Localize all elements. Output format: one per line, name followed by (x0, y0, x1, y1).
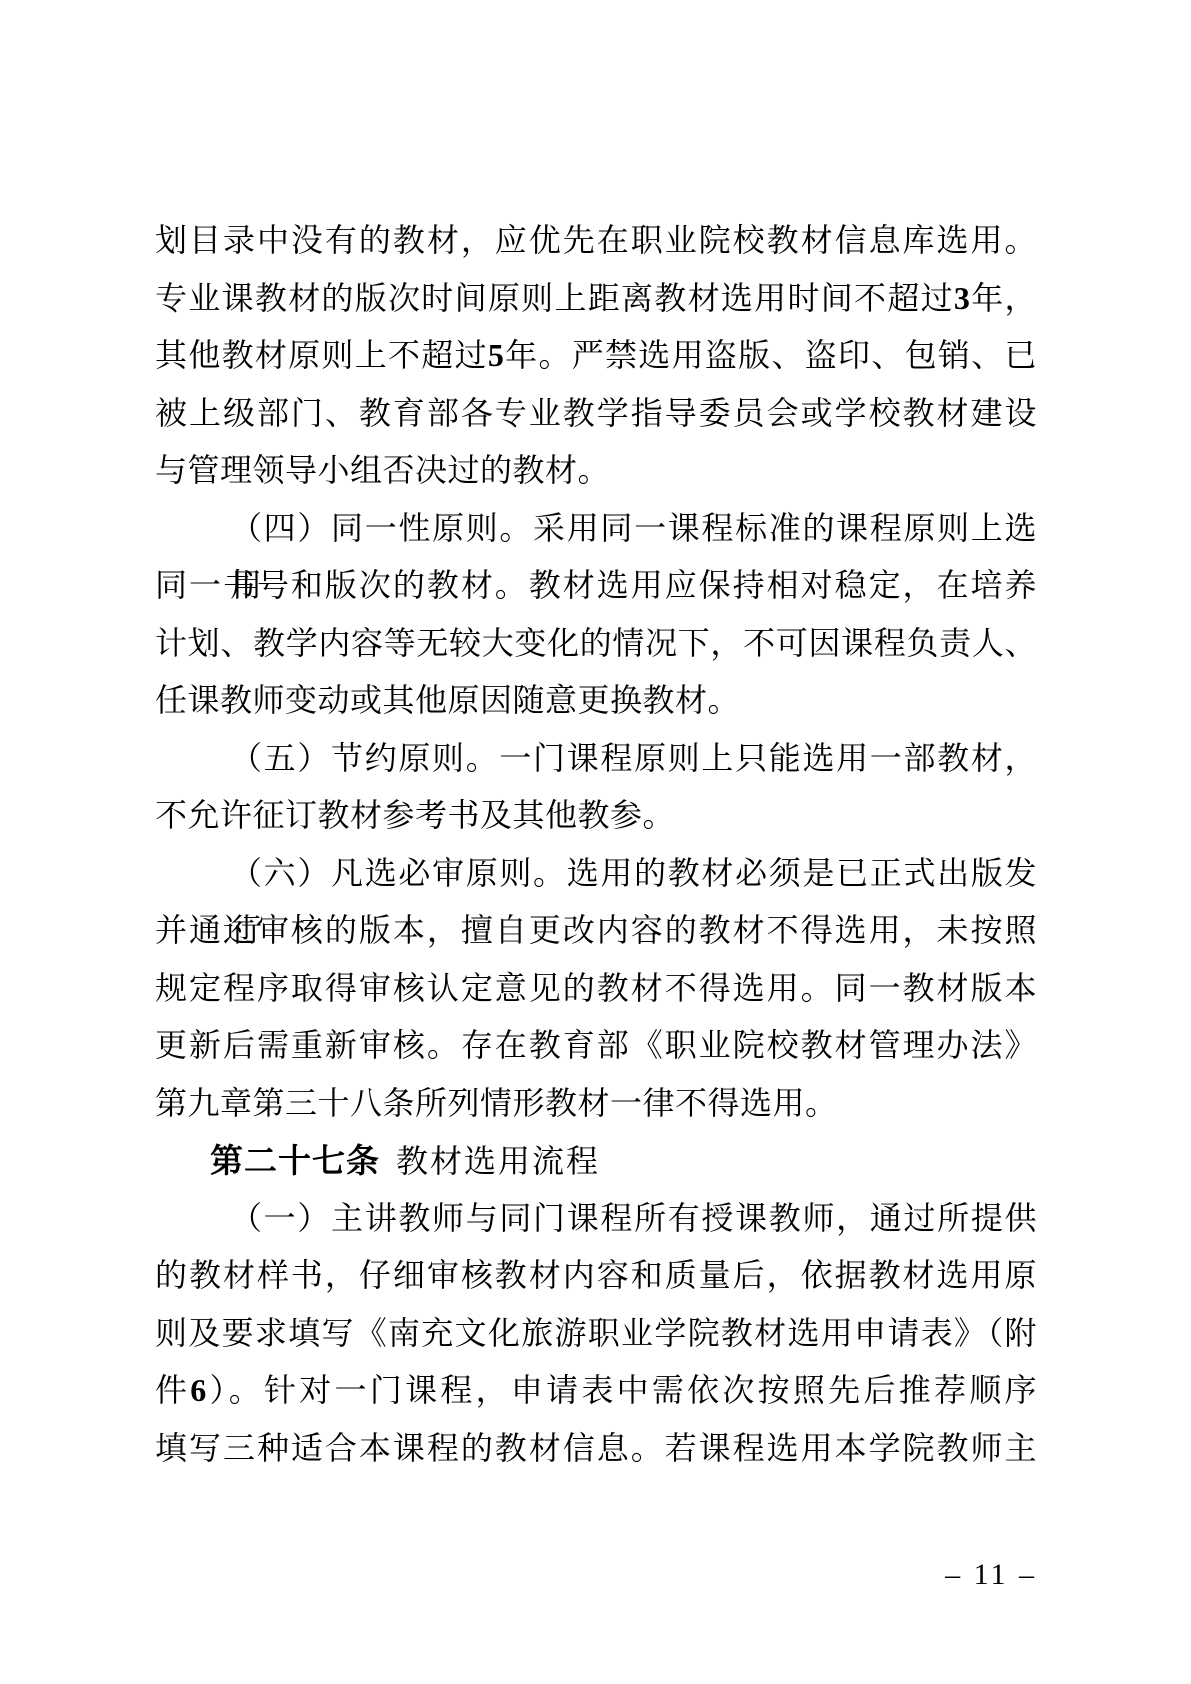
text-segment: 件 (155, 1372, 190, 1408)
text-line: 计划、教学内容等无较大变化的情况下，不可因课程负责人、 (155, 615, 1037, 673)
text-line: 其他教材原则上不超过5年。严禁选用盗版、盗印、包销、已 (155, 327, 1037, 385)
paragraph-end-line: 与管理领导小组否决过的教材。 (155, 442, 1037, 500)
text-line: 专业课教材的版次时间原则上距离教材选用时间不超过3年， (155, 270, 1037, 328)
text-line: 更新后需重新审核。存在教育部《职业院校教材管理办法》 (155, 1017, 1037, 1075)
text-line: 件6）。针对一门课程，申请表中需依次按照先后推荐顺序 (155, 1362, 1037, 1420)
text-segment: 年， (970, 280, 1037, 316)
text-line: 规定程序取得审核认定意见的教材不得选用。同一教材版本 (155, 960, 1037, 1018)
bold-number: 5 (488, 337, 505, 373)
text-segment: 其他教材原则上不超过 (155, 337, 488, 373)
text-line: 同一书号和版次的教材。教材选用应保持相对稳定，在培养 (155, 557, 1037, 615)
text-line: 填写三种适合本课程的教材信息。若课程选用本学院教师主 (155, 1420, 1037, 1478)
text-block: 划目录中没有的教材，应优先在职业院校教材信息库选用。 专业课教材的版次时间原则上… (155, 212, 1037, 1477)
paragraph-start-line: （四）同一性原则。采用同一课程标准的课程原则上选用 (155, 500, 1037, 558)
text-line: 划目录中没有的教材，应优先在职业院校教材信息库选用。 (155, 212, 1037, 270)
text-segment: ）。针对一门课程，申请表中需依次按照先后推荐顺序 (207, 1372, 1037, 1408)
bold-number: 6 (190, 1372, 207, 1408)
paragraph-end-line: 第九章第三十八条所列情形教材一律不得选用。 (155, 1075, 1037, 1133)
text-line: 则及要求填写《南充文化旅游职业学院教材选用申请表》（附 (155, 1305, 1037, 1363)
paragraph-start-line: （六）凡选必审原则。选用的教材必须是已正式出版发行 (155, 845, 1037, 903)
paragraph-end-line: 不允许征订教材参考书及其他教参。 (155, 787, 1037, 845)
paragraph-end-line: 任课教师变动或其他原因随意更换教材。 (155, 672, 1037, 730)
bold-number: 3 (954, 280, 971, 316)
text-segment: 专业课教材的版次时间原则上距离教材选用时间不超过 (155, 280, 954, 316)
page-number: – 11 – (155, 1558, 1037, 1592)
document-page: 划目录中没有的教材，应优先在职业院校教材信息库选用。 专业课教材的版次时间原则上… (0, 0, 1191, 1684)
article-title: 教材选用流程 (396, 1143, 600, 1179)
text-segment: 年。严禁选用盗版、盗印、包销、已 (504, 337, 1037, 373)
paragraph-start-line: （五）节约原则。一门课程原则上只能选用一部教材， (155, 730, 1037, 788)
text-line: 被上级部门、教育部各专业教学指导委员会或学校教材建设 (155, 385, 1037, 443)
paragraph-start-line: （一）主讲教师与同门课程所有授课教师，通过所提供 (155, 1190, 1037, 1248)
text-line: 的教材样书，仔细审核教材内容和质量后，依据教材选用原 (155, 1247, 1037, 1305)
text-line: 并通过审核的版本，擅自更改内容的教材不得选用，未按照 (155, 902, 1037, 960)
article-heading: 第二十七条教材选用流程 (155, 1132, 1037, 1190)
article-number: 第二十七条 (210, 1142, 380, 1179)
